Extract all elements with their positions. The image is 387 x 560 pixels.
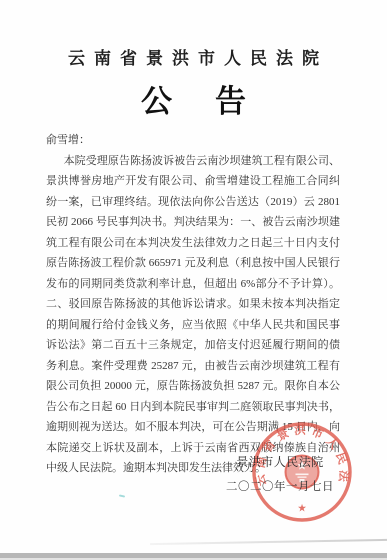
court-name-header: 云南省景洪市人民法院 xyxy=(0,44,387,69)
signature-court-name: 景洪市人民法院 xyxy=(226,450,334,475)
signature-block: 景洪市人民法院 二〇二〇年一月七日 xyxy=(226,450,334,500)
page-edge-shadow xyxy=(150,539,387,545)
signature-date: 二〇二〇年一月七日 xyxy=(226,475,334,500)
notice-title: 公 告 xyxy=(0,76,387,121)
scan-artifact-speck xyxy=(119,494,125,497)
scanned-notice-page: 云南省景洪市人民法院 公 告 俞雪增： 本院受理原告陈扬波诉被告云南沙坝建筑工程… xyxy=(0,0,387,560)
addressee-line: 俞雪增： xyxy=(46,130,340,151)
seal-star-icon: ★ xyxy=(298,503,307,513)
